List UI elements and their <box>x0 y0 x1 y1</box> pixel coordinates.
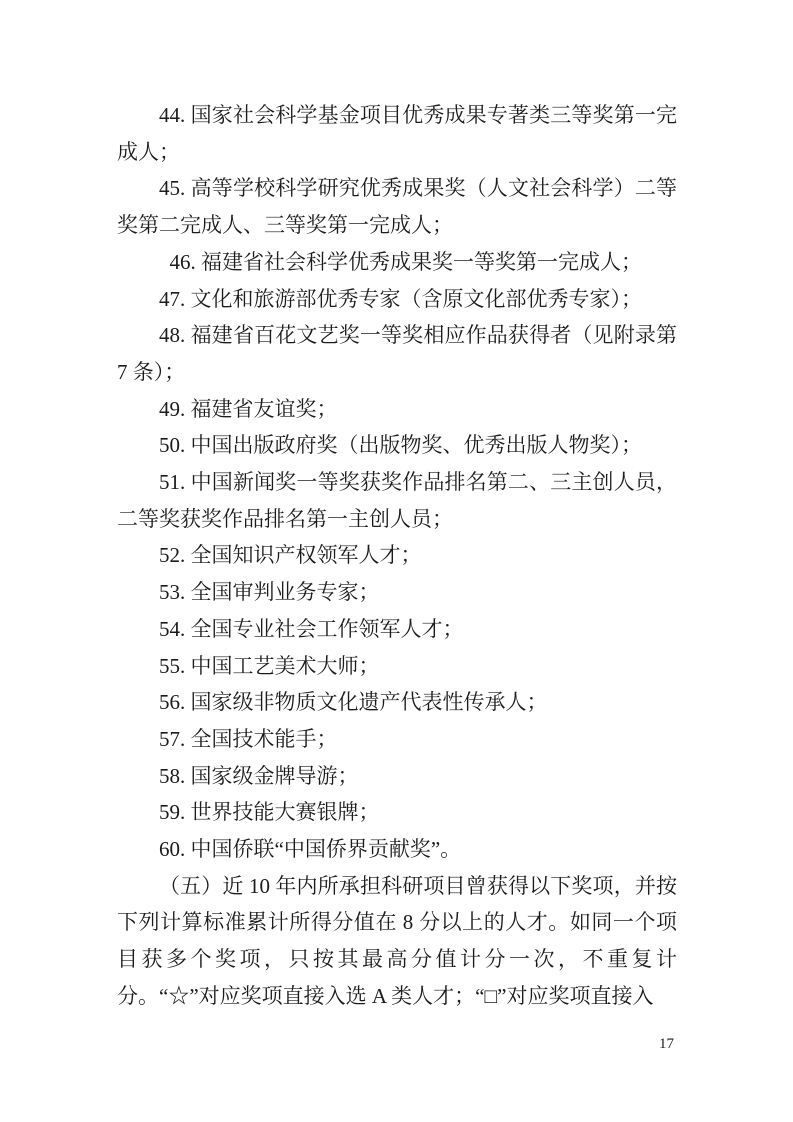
item-47: 47. 文化和旅游部优秀专家（含原文化部优秀专家）； <box>117 281 677 318</box>
document-body: 44. 国家社会科学基金项目优秀成果专著类三等奖第一完成人；45. 高等学校科学… <box>117 97 677 1015</box>
item-58: 58. 国家级金牌导游； <box>117 758 677 795</box>
item-60: 60. 中国侨联“中国侨界贡献奖”。 <box>117 831 677 868</box>
item-52: 52. 全国知识产权领军人才； <box>117 537 677 574</box>
item-53: 53. 全国审判业务专家； <box>117 574 677 611</box>
item-49: 49. 福建省友谊奖； <box>117 391 677 428</box>
item-48: 48. 福建省百花文艺奖一等奖相应作品获得者（见附录第 7 条）； <box>117 317 677 390</box>
item-50: 50. 中国出版政府奖（出版物奖、优秀出版人物奖）； <box>117 427 677 464</box>
para-section-5: （五）近 10 年内所承担科研项目曾获得以下奖项，并按下列计算标准累计所得分值在… <box>117 868 677 1015</box>
item-51: 51. 中国新闻奖一等奖获奖作品排名第二、三主创人员，二等奖获奖作品排名第一主创… <box>117 464 677 537</box>
item-45: 45. 高等学校科学研究优秀成果奖（人文社会科学）二等奖第二完成人、三等奖第一完… <box>117 170 677 243</box>
item-54: 54. 全国专业社会工作领军人才； <box>117 611 677 648</box>
item-57: 57. 全国技术能手； <box>117 721 677 758</box>
item-46: 46. 福建省社会科学优秀成果奖一等奖第一完成人； <box>117 244 677 281</box>
document-page: 44. 国家社会科学基金项目优秀成果专著类三等奖第一完成人；45. 高等学校科学… <box>0 0 793 1122</box>
item-56: 56. 国家级非物质文化遗产代表性传承人； <box>117 684 677 721</box>
item-59: 59. 世界技能大赛银牌； <box>117 794 677 831</box>
item-44: 44. 国家社会科学基金项目优秀成果专著类三等奖第一完成人； <box>117 97 677 170</box>
item-55: 55. 中国工艺美术大师； <box>117 648 677 685</box>
page-number: 17 <box>659 1036 674 1053</box>
